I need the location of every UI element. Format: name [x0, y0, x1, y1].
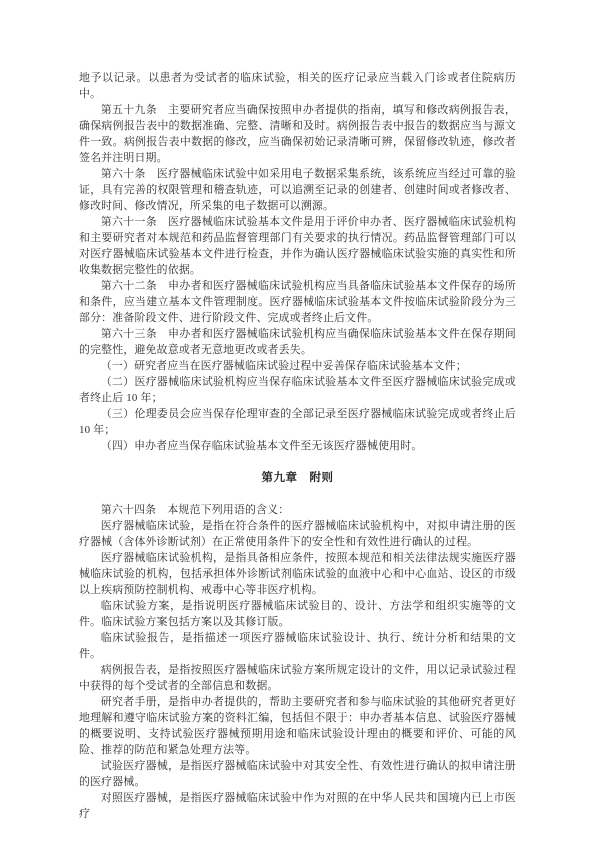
- definition-trial-protocol: 临床试验方案，是指说明医疗器械临床试验目的、设计、方法学和组织实施等的文件。临床…: [79, 598, 516, 630]
- definition-comparator-device: 对照医疗器械，是指医疗器械临床试验中作为对照的在中华人民共和国境内已上市医疗: [79, 790, 516, 822]
- article-63-paragraph: 第六十三条 申办者和医疗器械临床试验机构应当确保临床试验基本文件在保存期间的完整…: [79, 326, 516, 358]
- definition-investigational-device: 试验医疗器械，是指医疗器械临床试验中对其安全性、有效性进行确认的拟申请注册的医疗…: [79, 758, 516, 790]
- article-62-paragraph: 第六十二条 申办者和医疗器械临床试验机构应当具备临床试验基本文件保存的场所和条件…: [79, 278, 516, 326]
- definition-investigator-brochure: 研究者手册，是指申办者提供的，帮助主要研究者和参与临床试验的其他研究者更好地理解…: [79, 694, 516, 758]
- definition-clinical-trial: 医疗器械临床试验，是指在符合条件的医疗器械临床试验机构中，对拟申请注册的医疗器械…: [79, 518, 516, 550]
- document-page: 地予以记录。以患者为受试者的临床试验，相关的医疗记录应当载入门诊或者住院病历中。…: [0, 0, 595, 841]
- continuation-paragraph: 地予以记录。以患者为受试者的临床试验，相关的医疗记录应当载入门诊或者住院病历中。: [79, 70, 516, 102]
- document-text-block: 地予以记录。以患者为受试者的临床试验，相关的医疗记录应当载入门诊或者住院病历中。…: [79, 70, 516, 822]
- article-64-paragraph: 第六十四条 本规范下列用语的含义：: [79, 502, 516, 518]
- definition-trial-report: 临床试验报告，是指描述一项医疗器械临床试验设计、执行、统计分析和结果的文件。: [79, 630, 516, 662]
- clause-item-4: （四）申办者应当保存临床试验基本文件至无该医疗器械使用时。: [79, 438, 516, 454]
- article-61-paragraph: 第六十一条 医疗器械临床试验基本文件是用于评价申办者、医疗器械临床试验机构和主要…: [79, 214, 516, 278]
- clause-item-1: （一）研究者应当在医疗器械临床试验过程中妥善保存临床试验基本文件；: [79, 358, 516, 374]
- chapter-heading: 第九章 附则: [79, 470, 516, 486]
- definition-trial-institution: 医疗器械临床试验机构，是指具备相应条件，按照本规范和相关法律法规实施医疗器械临床…: [79, 550, 516, 598]
- clause-item-2: （二）医疗器械临床试验机构应当保存临床试验基本文件至医疗器械临床试验完成或者终止…: [79, 374, 516, 406]
- article-59-paragraph: 第五十九条 主要研究者应当确保按照申办者提供的指南，填写和修改病例报告表，确保病…: [79, 102, 516, 166]
- article-60-paragraph: 第六十条 医疗器械临床试验中如采用电子数据采集系统，该系统应当经过可靠的验证，具…: [79, 166, 516, 214]
- definition-case-report-form: 病例报告表，是指按照医疗器械临床试验方案所规定设计的文件，用以记录试验过程中获得…: [79, 662, 516, 694]
- clause-item-3: （三）伦理委员会应当保存伦理审查的全部记录至医疗器械临床试验完成或者终止后 10…: [79, 406, 516, 438]
